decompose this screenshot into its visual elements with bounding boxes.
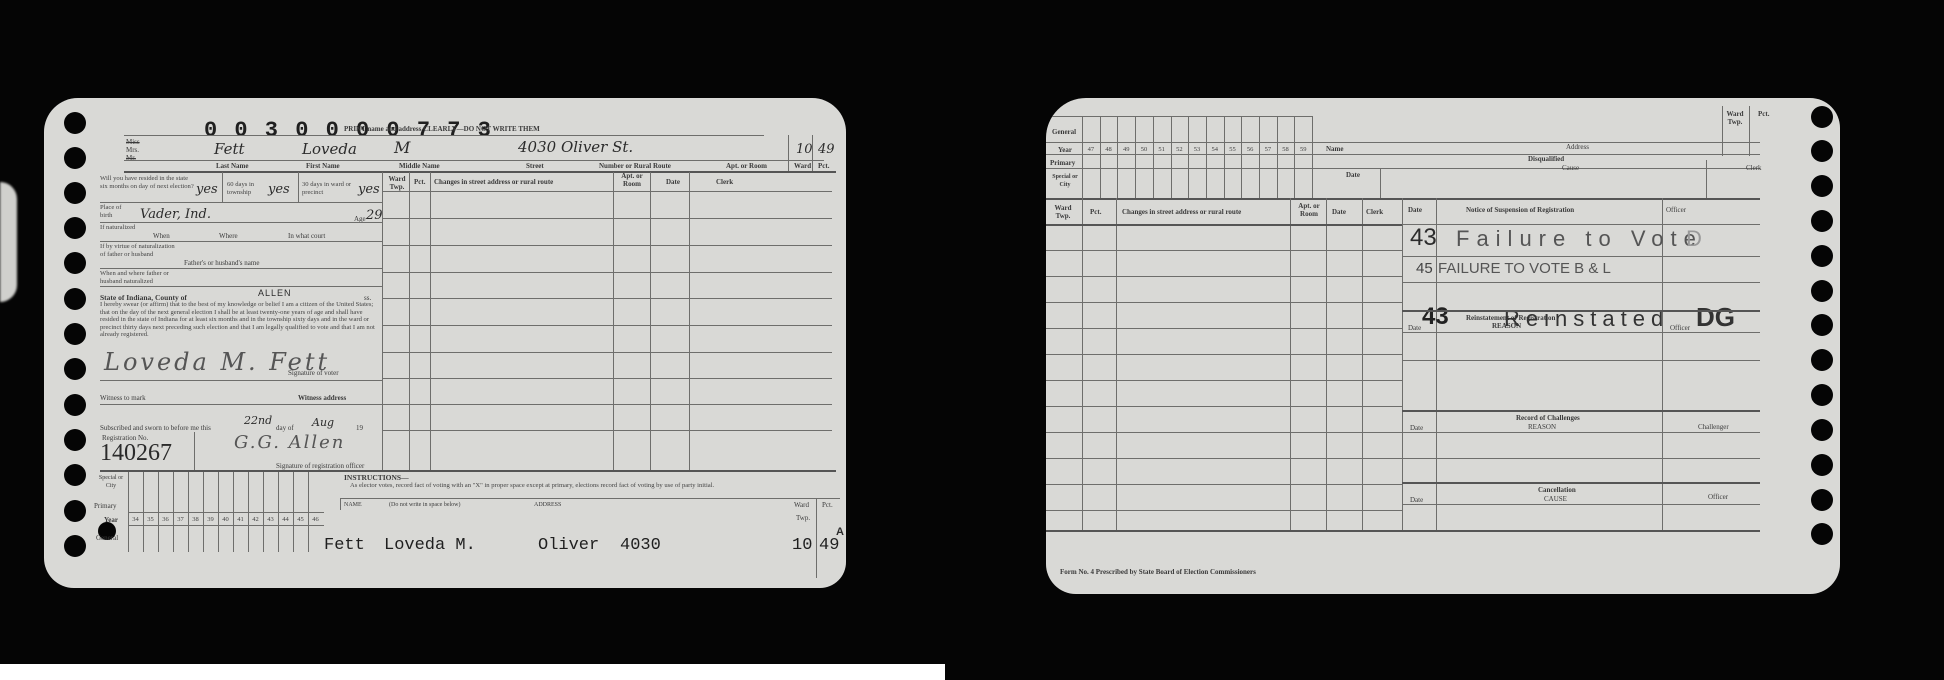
rule xyxy=(100,380,382,381)
punch-hole-icon xyxy=(64,288,86,310)
rule xyxy=(1046,276,1402,277)
rule xyxy=(203,472,204,552)
challenges-reason-label: REASON xyxy=(1528,423,1556,431)
changes-col-pct: Pct. xyxy=(414,178,425,186)
cancellation-officer-label: Officer xyxy=(1708,493,1728,501)
residency-township-answer: yes xyxy=(268,182,290,197)
year-cell: 56 xyxy=(1241,146,1259,153)
punch-hole-icon xyxy=(64,358,86,380)
suspension-officer-label: Officer xyxy=(1666,206,1686,214)
back-name-label: Name xyxy=(1326,145,1344,153)
back-grid-label-primary: Primary xyxy=(1050,159,1075,167)
challenges-date-label: Date xyxy=(1410,424,1423,432)
suspension-2-text: FAILURE TO VOTE B & L xyxy=(1438,260,1611,277)
rule xyxy=(382,352,832,353)
rule xyxy=(263,472,264,552)
rule xyxy=(1117,116,1118,198)
scan-edge-artifact xyxy=(0,182,17,302)
punch-hole-icon xyxy=(64,394,86,416)
punch-hole-icon xyxy=(1811,314,1833,336)
punch-hole-icon xyxy=(64,323,86,345)
punch-hole-icon xyxy=(64,464,86,486)
rule xyxy=(1380,168,1381,198)
punch-hole-icon xyxy=(1811,489,1833,511)
year-cell: 49 xyxy=(1117,146,1135,153)
reinstatement-officer-label: Officer xyxy=(1670,324,1690,332)
rule xyxy=(1046,354,1402,355)
rule xyxy=(430,172,431,470)
year-cell: 55 xyxy=(1224,146,1242,153)
year-cell: 58 xyxy=(1277,146,1295,153)
back-pct-label: Pct. xyxy=(1758,110,1769,118)
rule xyxy=(1046,116,1312,117)
challenges-challenger-label: Challenger xyxy=(1698,423,1729,431)
rule xyxy=(340,498,840,499)
instructions-text: As elector votes, record fact of voting … xyxy=(350,482,770,490)
rule xyxy=(278,472,279,552)
typed-street: Oliver xyxy=(538,536,599,555)
year-cell: 35 xyxy=(143,516,158,523)
county-value: ALLEN xyxy=(258,288,292,298)
punch-hole-icon xyxy=(1811,454,1833,476)
rule xyxy=(816,498,817,578)
ward-value: 10 xyxy=(796,142,813,157)
reinstatement-officer: DG xyxy=(1696,302,1735,333)
rule xyxy=(1402,224,1760,225)
footer-twp-label: Twp. xyxy=(796,514,810,522)
rule xyxy=(128,472,129,552)
punch-hole-icon xyxy=(1811,523,1833,545)
salutation-mrs: Mrs. xyxy=(126,146,139,154)
year-cell: 38 xyxy=(188,516,203,523)
typed-suffix: A xyxy=(836,526,844,538)
footer-address-label: ADDRESS xyxy=(534,501,561,509)
back-changes-col-clerk: Clerk xyxy=(1366,208,1383,216)
birth-label: Place of birth xyxy=(100,204,130,219)
rule xyxy=(382,298,832,299)
year-cell: 51 xyxy=(1153,146,1171,153)
virtue-label: If by virtue of naturalization of father… xyxy=(100,243,175,258)
rule xyxy=(100,202,382,203)
year-cell: 34 xyxy=(128,516,143,523)
rule xyxy=(1312,116,1313,198)
rule xyxy=(1046,484,1402,485)
rule xyxy=(1749,106,1750,156)
rule xyxy=(812,135,813,171)
middle-name-label: Middle Name xyxy=(399,162,440,170)
punch-hole-icon xyxy=(1811,419,1833,441)
rule xyxy=(308,472,309,552)
rule xyxy=(1290,198,1291,530)
year-cell: 57 xyxy=(1259,146,1277,153)
back-ward-twp-label: Ward Twp. xyxy=(1724,110,1746,126)
rule xyxy=(1046,406,1402,407)
year-cell: 43 xyxy=(263,516,278,523)
rule xyxy=(1402,458,1760,459)
rule xyxy=(382,272,832,273)
rule xyxy=(100,268,382,269)
residency-township-question: 60 days in township xyxy=(227,181,267,196)
subscribed-month-value: Aug xyxy=(312,416,334,429)
rule xyxy=(1171,116,1172,198)
rule xyxy=(1153,116,1154,198)
rule xyxy=(382,245,832,246)
back-grid-label-general: General xyxy=(1052,128,1076,136)
middle-name-value: M xyxy=(394,138,410,157)
birth-value: Vader, Ind. xyxy=(140,207,211,222)
punch-hole-icon xyxy=(1811,106,1833,128)
salutation-miss: Miss xyxy=(126,138,140,146)
rule xyxy=(1402,332,1760,333)
suspension-1-year: 43 xyxy=(1410,224,1437,252)
rule xyxy=(1046,224,1402,226)
rule xyxy=(222,172,223,202)
rule xyxy=(1326,198,1327,530)
rule xyxy=(124,171,836,173)
year-cell: 36 xyxy=(158,516,173,523)
rule xyxy=(1402,256,1760,257)
naturalized-when-label: When xyxy=(153,232,170,240)
rule xyxy=(689,172,690,470)
residency-ward-answer: yes xyxy=(358,182,380,197)
rule xyxy=(1362,198,1363,530)
year-cell: 48 xyxy=(1100,146,1118,153)
rule xyxy=(650,172,651,470)
grid-label-general: General xyxy=(96,534,118,542)
back-changes-col-date: Date xyxy=(1332,208,1346,216)
footer-name-label: NAME xyxy=(344,501,362,509)
rule xyxy=(100,404,382,405)
rule xyxy=(100,241,382,242)
rule xyxy=(1259,116,1260,198)
typed-first-name: Loveda M. xyxy=(384,536,476,555)
rule xyxy=(1046,198,1760,200)
father-name-label: Father's or husband's name xyxy=(184,259,259,267)
father-naturalized-label: When and where father or husband natural… xyxy=(100,270,185,285)
rule xyxy=(1082,116,1083,198)
rule xyxy=(1206,116,1207,198)
cancellation-title: Cancellation xyxy=(1538,486,1576,494)
punch-hole-icon xyxy=(64,217,86,239)
back-changes-col-ward: Ward Twp. xyxy=(1052,204,1074,220)
rule xyxy=(1706,160,1707,198)
residency-ward-question: 30 days in ward or precinct xyxy=(302,181,357,196)
rule xyxy=(1402,282,1760,283)
first-name-value: Loveda xyxy=(302,140,357,158)
year-cell: 37 xyxy=(173,516,188,523)
rule xyxy=(1046,510,1402,511)
pct-value: 49 xyxy=(818,142,835,157)
punch-hole-icon xyxy=(1811,349,1833,371)
rule xyxy=(1402,198,1403,530)
residency-state-question: Will you have resided in the state six m… xyxy=(100,175,195,190)
form-footer: Form No. 4 Prescribed by State Board of … xyxy=(1060,568,1256,576)
rule xyxy=(382,378,832,379)
rule xyxy=(1046,328,1402,329)
officer-signature: G.G. Allen xyxy=(234,432,345,453)
rule xyxy=(340,498,341,510)
rule xyxy=(1046,432,1402,433)
punch-hole-icon xyxy=(64,500,86,522)
white-strip xyxy=(0,664,945,680)
suspension-date-label: Date xyxy=(1408,206,1422,214)
rule xyxy=(1100,116,1101,198)
rule xyxy=(1402,410,1760,412)
punch-hole-icon xyxy=(64,182,86,204)
year-cell: 52 xyxy=(1171,146,1189,153)
rule xyxy=(1046,530,1760,532)
year-cell: 54 xyxy=(1206,146,1224,153)
back-cause-label: Cause xyxy=(1562,164,1579,172)
grid-label-year: Year xyxy=(104,516,118,524)
rule xyxy=(409,172,410,470)
subscribed-year-prefix: 19 xyxy=(356,424,363,432)
rule xyxy=(248,472,249,552)
subscribed-text: Subscribed and sworn to before me this xyxy=(100,424,211,432)
typed-pct: 49 xyxy=(819,536,839,555)
suspension-title: Notice of Suspension of Registration xyxy=(1466,206,1574,214)
rule xyxy=(194,432,195,470)
changes-col-street: Changes in street address or rural route xyxy=(434,178,553,186)
rule xyxy=(173,472,174,552)
cancellation-date-label: Date xyxy=(1410,496,1423,504)
rule xyxy=(298,172,299,202)
back-changes-col-street: Changes in street address or rural route xyxy=(1122,208,1241,216)
suspension-1-text: Failure to Vote xyxy=(1456,226,1703,252)
oath-text: I hereby swear (or affirm) that to the b… xyxy=(100,301,382,339)
changes-col-apt: Apt. or Room xyxy=(618,172,646,188)
punch-hole-icon xyxy=(64,147,86,169)
year-cell: 47 xyxy=(1082,146,1100,153)
reinstatement-date-label: Date xyxy=(1408,324,1421,332)
rule xyxy=(382,191,832,192)
rule xyxy=(1402,310,1760,312)
rule xyxy=(143,472,144,552)
reinstatement-year: 43 xyxy=(1422,303,1449,331)
punch-hole-icon xyxy=(1811,175,1833,197)
number-route-label: Number or Rural Route xyxy=(599,162,671,170)
back-changes-col-apt: Apt. or Room xyxy=(1294,202,1324,218)
street-label: Street xyxy=(526,162,544,170)
punch-hole-icon xyxy=(1811,210,1833,232)
rule xyxy=(100,222,382,223)
rule xyxy=(124,135,764,136)
officer-signature-label: Signature of registration officer xyxy=(276,462,364,470)
changes-col-date: Date xyxy=(666,178,680,186)
rule xyxy=(1294,116,1295,198)
year-cell: 40 xyxy=(218,516,233,523)
witness-mark-label: Witness to mark xyxy=(100,394,146,402)
grid-label-primary: Primary xyxy=(94,502,117,510)
rule xyxy=(1722,106,1723,156)
rule xyxy=(1046,458,1402,459)
year-cell: 42 xyxy=(248,516,263,523)
rule xyxy=(382,172,383,470)
rule xyxy=(1402,504,1760,505)
year-cell: 45 xyxy=(293,516,308,523)
age-value: 29 xyxy=(366,208,383,223)
rule xyxy=(382,430,832,431)
rule xyxy=(382,404,832,405)
rule xyxy=(382,218,832,219)
rule xyxy=(1082,198,1083,530)
year-cell: 46 xyxy=(308,516,323,523)
year-cell: 39 xyxy=(203,516,218,523)
instructions-title: INSTRUCTIONS— xyxy=(344,474,409,482)
header-instruction: PRINT name and address CLEARLY—DO NOT WR… xyxy=(344,125,540,133)
punch-hole-icon xyxy=(1811,384,1833,406)
rule xyxy=(100,286,382,287)
back-clerk-label: Clerk xyxy=(1746,164,1762,172)
back-grid-label-year: Year xyxy=(1058,146,1072,154)
punch-hole-icon xyxy=(1811,280,1833,302)
rule xyxy=(1224,116,1225,198)
subscribed-day-of-label: day of xyxy=(276,424,294,432)
footer-do-not-write-label: (Do not write in space below) xyxy=(389,501,460,509)
punch-hole-icon xyxy=(64,429,86,451)
address-value: 4030 Oliver St. xyxy=(518,138,633,156)
pct-label: Pct. xyxy=(818,162,829,170)
footer-pct-label: Pct. xyxy=(822,501,833,509)
rule xyxy=(233,472,234,552)
rule xyxy=(1046,250,1402,251)
suspension-2-year: 45 xyxy=(1416,260,1433,277)
typed-ward: 10 xyxy=(792,536,812,555)
rule xyxy=(788,135,789,171)
rule xyxy=(1046,380,1402,381)
rule xyxy=(1135,116,1136,198)
rule xyxy=(218,472,219,552)
changes-col-ward: Ward Twp. xyxy=(386,175,408,191)
naturalized-where-label: Where xyxy=(219,232,238,240)
year-cell: 41 xyxy=(233,516,248,523)
rule xyxy=(1402,360,1760,361)
year-cell: 50 xyxy=(1135,146,1153,153)
changes-col-clerk: Clerk xyxy=(716,178,733,186)
rule xyxy=(124,160,824,161)
rule xyxy=(100,470,836,472)
rule xyxy=(293,472,294,552)
back-disqualified-label: Disqualified xyxy=(1528,155,1564,163)
typed-last-name: Fett xyxy=(324,536,365,555)
subscribed-day-value: 22nd xyxy=(244,414,272,427)
rule xyxy=(1402,482,1760,484)
cancellation-cause-label: CAUSE xyxy=(1544,495,1567,503)
back-changes-col-pct: Pct. xyxy=(1090,208,1101,216)
back-grid-label-special: Special or City xyxy=(1048,173,1082,189)
challenges-title: Record of Challenges xyxy=(1516,414,1580,422)
rule xyxy=(1241,116,1242,198)
rule xyxy=(1046,302,1402,303)
rule xyxy=(1188,116,1189,198)
residency-state-answer: yes xyxy=(196,182,218,197)
ward-label: Ward xyxy=(794,162,811,170)
rule xyxy=(158,472,159,552)
typed-number: 4030 xyxy=(620,536,661,555)
grid-label-special: Special or City xyxy=(94,474,128,490)
voter-signature-label: Signature of voter xyxy=(288,369,339,377)
year-cell: 53 xyxy=(1188,146,1206,153)
naturalized-label: If naturalized xyxy=(100,224,140,232)
rule xyxy=(1116,198,1117,530)
registration-card-front: 0 0 3 0 0 0 0 7 7 3 PRINT name and addre… xyxy=(44,98,846,588)
back-date-label: Date xyxy=(1346,171,1360,179)
punch-hole-icon xyxy=(64,252,86,274)
footer-ward-label: Ward xyxy=(794,501,809,509)
year-cell: 59 xyxy=(1294,146,1312,153)
rule xyxy=(613,172,614,470)
registration-card-back: General Year Primary Special or City Nam… xyxy=(1046,98,1840,594)
registration-number: 140267 xyxy=(100,440,172,467)
back-address-label: Address xyxy=(1566,143,1589,151)
rule xyxy=(188,472,189,552)
first-name-label: First Name xyxy=(306,162,340,170)
punch-hole-icon xyxy=(1811,140,1833,162)
last-name-label: Last Name xyxy=(216,162,248,170)
punch-hole-icon xyxy=(64,535,86,557)
last-name-value: Fett xyxy=(214,140,245,158)
naturalized-court-label: In what court xyxy=(288,232,325,240)
suspension-1-officer: D xyxy=(1686,226,1702,252)
punch-hole-icon xyxy=(1811,245,1833,267)
year-cell: 44 xyxy=(278,516,293,523)
rule xyxy=(1402,432,1760,433)
witness-address-label: Witness address xyxy=(298,394,346,402)
rule xyxy=(382,325,832,326)
apt-room-label: Apt. or Room xyxy=(726,162,767,170)
punch-hole-icon xyxy=(64,112,86,134)
rule xyxy=(1277,116,1278,198)
